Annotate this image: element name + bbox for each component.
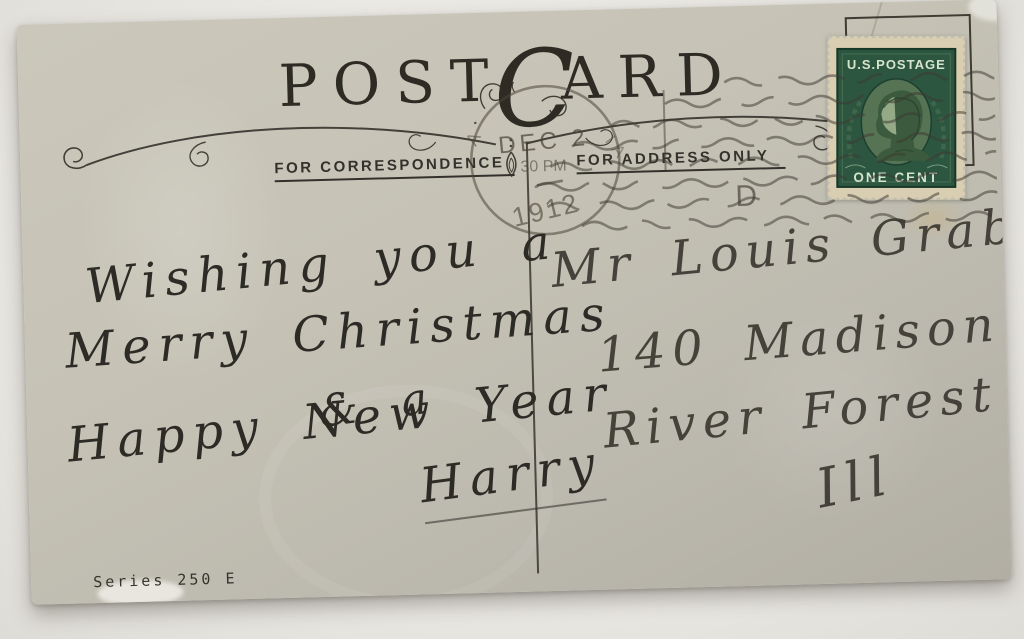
message-signature: Harry <box>417 435 608 524</box>
series-label: Series 250 E <box>93 569 238 591</box>
stamp-country-label: U.S.POSTAGE <box>847 57 946 72</box>
photo-background: POSTCARD FOR CORRESPONDENCE FOR ADDRESS … <box>0 0 1024 639</box>
postmark-ring-left: A <box>462 129 485 149</box>
address-state: Ill <box>811 443 899 520</box>
address-city: River Forest <box>601 366 1001 460</box>
postcard: POSTCARD FOR CORRESPONDENCE FOR ADDRESS … <box>17 0 1012 605</box>
